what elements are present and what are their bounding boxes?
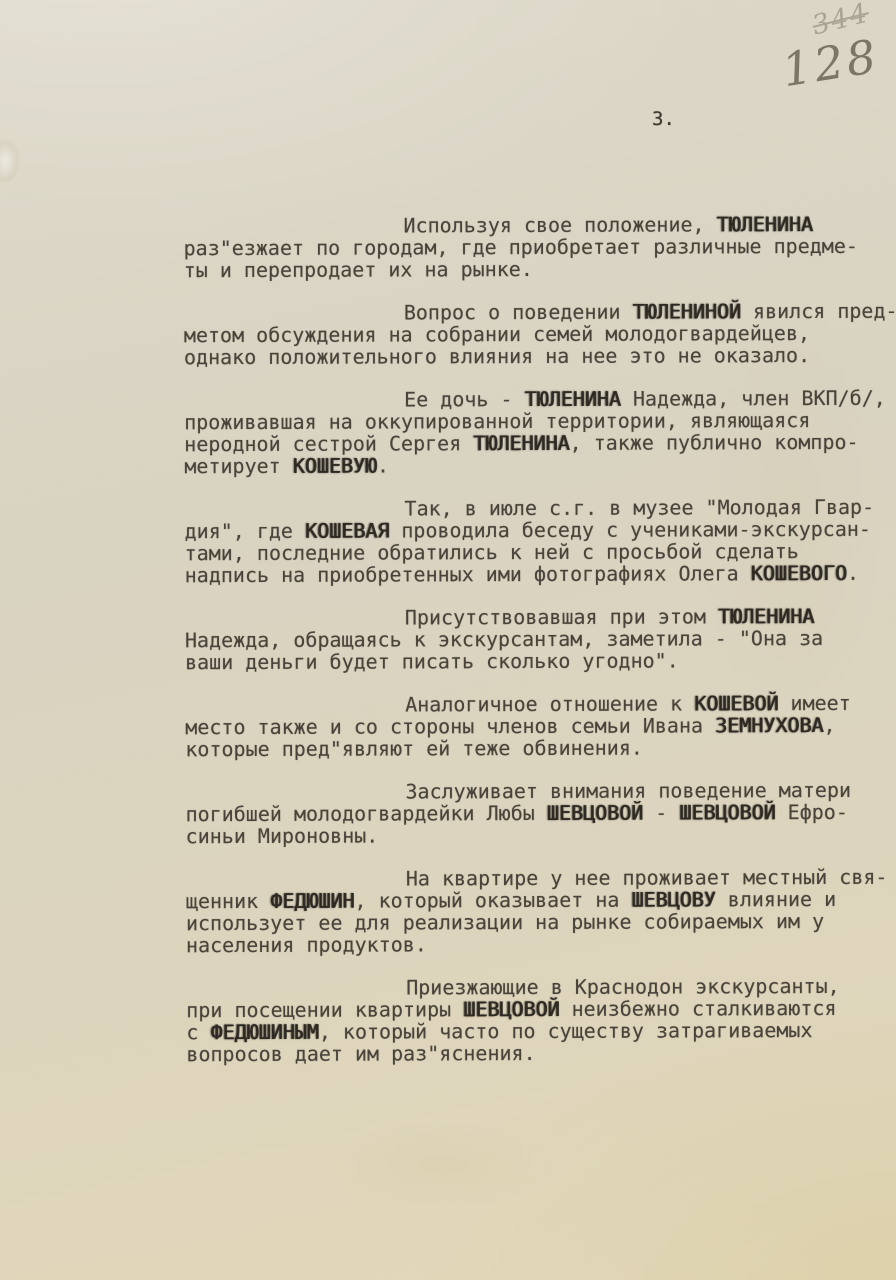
- typed-text: Ее дочь -: [404, 387, 525, 411]
- overstruck-surname: ШЕВЦОВОЙ: [463, 997, 559, 1021]
- paper-stain: [330, 1120, 550, 1210]
- overstruck-surname: ТЮЛЕНИНА: [473, 431, 569, 455]
- paragraph: Используя свое положение, ТЮЛЕНИНАраз"ез…: [183, 213, 885, 281]
- typed-text: влияние и: [716, 887, 837, 911]
- typed-text: синьи Мироновны.: [186, 824, 379, 849]
- paragraph: Присутствовавшая при этом ТЮЛЕНИНАНадежд…: [185, 605, 887, 673]
- overstruck-surname: ТЮЛЕНИНА: [525, 387, 621, 411]
- overstruck-surname: КОШЕВОГО: [751, 561, 847, 585]
- scanned-document-page: 344 128 3. Используя свое положение, ТЮЛ…: [0, 0, 896, 1280]
- text-line: населения продуктов.: [186, 932, 888, 956]
- typed-text: использует ее для реализации на рынке со…: [186, 909, 824, 935]
- typed-text: населения продуктов.: [186, 932, 427, 957]
- paragraph: Так, в июле с.г. в музее "Молодая Гвар-д…: [184, 496, 886, 586]
- document-body: Используя свое положение, ТЮЛЕНИНАраз"ез…: [183, 213, 888, 1086]
- paper-blemish: [0, 138, 20, 184]
- paragraph: Ее дочь - ТЮЛЕНИНА Надежда, член ВКП/б/,…: [184, 387, 886, 477]
- typed-text: ваши деньги будет писать сколько угодно"…: [185, 649, 679, 675]
- paragraph: На квартире у нее проживает местный свя-…: [186, 866, 888, 956]
- typed-text: .: [377, 454, 389, 478]
- typed-text: неродной сестрой Сергея: [184, 431, 473, 456]
- typed-text: щенник: [186, 889, 270, 913]
- typed-text: однако положительного влияния на нее это…: [184, 343, 810, 369]
- typed-text: -: [643, 801, 679, 825]
- paragraph: Приезжающие в Краснодон экскурсанты,при …: [186, 975, 888, 1065]
- text-line: погибшей молодогвардейки Любы ШЕВЦОВОЙ -…: [186, 801, 888, 825]
- overstruck-surname: ШЕВЦОВОЙ: [679, 800, 775, 824]
- overstruck-surname: КОШЕВОЙ: [694, 691, 778, 715]
- typed-page-number: 3.: [652, 108, 675, 130]
- typed-text: с: [186, 1020, 210, 1044]
- text-line: надпись на приобретенных ими фотографиях…: [185, 562, 887, 586]
- overstruck-surname: ФЕДЮШИНЫМ: [210, 1020, 318, 1044]
- overstruck-surname: ШЕВЦОВОЙ: [547, 801, 643, 825]
- text-line: однако положительного влияния на нее это…: [184, 344, 886, 368]
- typed-text: метирует: [184, 454, 292, 478]
- typed-text: погибшей молодогвардейки Любы: [186, 801, 547, 826]
- typed-text: Ефро-: [776, 800, 848, 824]
- typed-text: дия", где: [185, 519, 306, 543]
- typed-text: имеет: [778, 691, 850, 715]
- typed-text: надпись на приобретенных ими фотографиях…: [185, 561, 751, 587]
- text-line: раз"езжает по городам, где приобретает р…: [184, 235, 886, 259]
- text-line: неродной сестрой Сергея ТЮЛЕНИНА, также …: [184, 431, 886, 455]
- overstruck-surname: ТЮЛЕНИНА: [717, 212, 813, 236]
- typed-text: Надежда, член ВКП/б/,: [621, 386, 886, 411]
- text-line: синьи Мироновны.: [186, 823, 888, 847]
- handwritten-folio-number: 128: [778, 29, 882, 97]
- overstruck-surname: КОШЕВУЮ: [293, 454, 377, 478]
- typed-text: проводила беседу с учениками-экскурсан-: [389, 517, 871, 543]
- typed-text: , который часто по существу затрагиваемы…: [319, 1018, 813, 1044]
- text-line: ваши деньги будет писать сколько угодно"…: [185, 649, 887, 673]
- text-line: Надежда, обращаясь к экскурсантам, замет…: [185, 627, 887, 651]
- paragraph: Аналогичное отношение к КОШЕВОЙ имеетмес…: [185, 692, 887, 760]
- text-line: использует ее для реализации на рынке со…: [186, 910, 888, 934]
- paragraph: Вопрос о поведении ТЮЛЕНИНОЙ явился пред…: [184, 300, 886, 368]
- typed-text: которые пред"являют ей теже обвинения.: [185, 736, 643, 762]
- typed-text: Вопрос о поведении: [404, 300, 633, 325]
- typed-text: ты и перепродает их на рынке.: [184, 257, 533, 282]
- text-line: ты и перепродает их на рынке.: [184, 257, 886, 281]
- overstruck-surname: ТЮЛЕНИНОЙ: [633, 299, 741, 323]
- paragraph: Заслуживает внимания поведение материпог…: [185, 779, 887, 847]
- overstruck-surname: ШЕВЦОВУ: [631, 887, 715, 911]
- overstruck-surname: КОШЕВАЯ: [305, 519, 389, 543]
- overstruck-surname: ФЕДЮШИН: [270, 889, 354, 913]
- text-line: с ФЕДЮШИНЫМ, который часто по существу з…: [186, 1019, 888, 1043]
- typed-text: .: [847, 561, 859, 585]
- typed-text: явился пред-: [741, 299, 896, 324]
- typed-text: ,: [823, 713, 835, 737]
- overstruck-surname: ТЮЛЕНИНА: [718, 604, 814, 628]
- text-line: которые пред"являют ей теже обвинения.: [185, 736, 887, 760]
- typed-text: , также публично компро-: [570, 430, 859, 455]
- text-line: вопросов дает им раз"яснения.: [186, 1041, 888, 1065]
- text-line: место также и со стороны членов семьи Ив…: [185, 714, 887, 738]
- typed-text: вопросов дает им раз"яснения.: [186, 1041, 535, 1066]
- text-line: метирует КОШЕВУЮ.: [184, 453, 886, 477]
- overstruck-surname: ЗЕМНУХОВА: [715, 713, 823, 737]
